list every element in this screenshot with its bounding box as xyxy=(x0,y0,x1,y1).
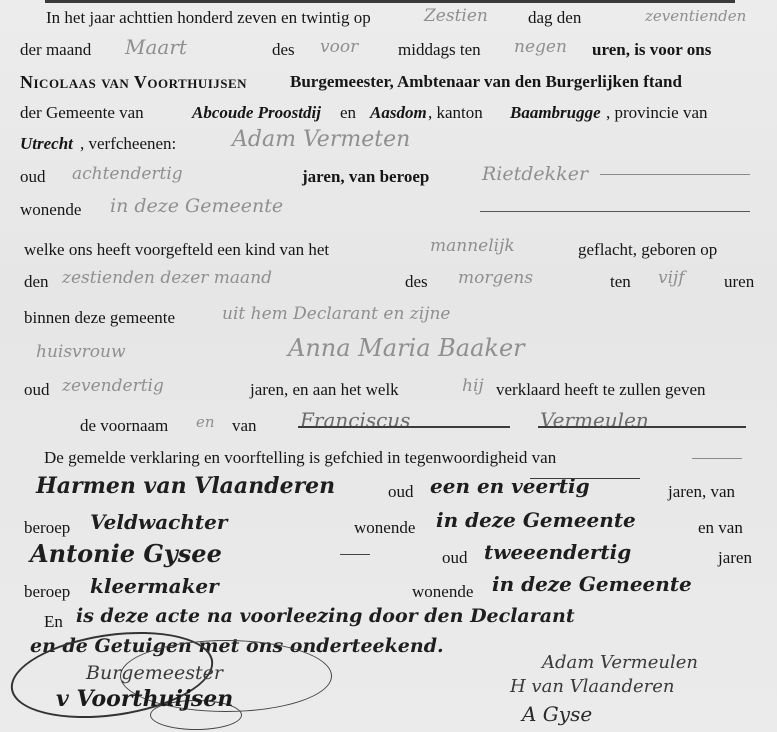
handwritten-witness2-residence: in deze Gemeente xyxy=(492,570,692,598)
printed-text: In het jaar achttien honderd zeven en tw… xyxy=(46,4,371,32)
handwritten-child-firstname: Franciscus xyxy=(300,406,410,434)
place-aasdom: Aasdom xyxy=(370,99,427,127)
printed-text: en xyxy=(340,99,356,127)
printed-text: van xyxy=(232,412,257,440)
printed-text: Burgemeester, Ambtenaar van den Burgerli… xyxy=(290,68,682,96)
handwritten-pronoun: hij xyxy=(462,372,484,400)
handwritten-declarant-residence: in deze Gemeente xyxy=(110,192,283,220)
handwritten-birth-date: zestienden dezer maand xyxy=(62,264,272,292)
printed-text: jaren, en aan het welk xyxy=(250,376,399,404)
handwritten-witness1-occupation: Veldwachter xyxy=(90,508,227,536)
printed-text: wonende xyxy=(354,514,415,542)
fill-line xyxy=(600,174,750,175)
top-border-rule xyxy=(45,0,735,3)
birth-record-page: In het jaar achttien honderd zeven en tw… xyxy=(0,0,777,732)
underline-surname xyxy=(538,426,746,428)
printed-text: uren, is voor ons xyxy=(592,36,711,64)
handwritten-month: Maart xyxy=(125,33,187,61)
signature-declarant: Adam Vermeulen xyxy=(542,652,698,673)
printed-text: , kanton xyxy=(428,99,483,127)
printed-text: oud xyxy=(24,376,50,404)
printed-text: beroep xyxy=(24,514,70,542)
printed-text: welke ons heeft voorgefteld een kind van… xyxy=(24,236,329,264)
handwritten-witness2-occupation: kleermaker xyxy=(90,572,219,600)
place-abcoude: Abcoude Proostdij xyxy=(192,99,321,127)
printed-text: der maand xyxy=(20,36,91,64)
handwritten-hour: negen xyxy=(514,33,567,61)
handwritten-day-ordinal: zeventienden xyxy=(645,2,746,30)
printed-text: middags ten xyxy=(398,36,481,64)
signature-witness2: A Gyse xyxy=(522,702,592,726)
printed-text: geflacht, geboren op xyxy=(578,236,717,264)
handwritten-birth-hour: vijf xyxy=(658,264,685,292)
printed-text: en van xyxy=(698,514,743,542)
handwritten-birth-place: uit hem Declarant en zijne xyxy=(222,300,450,328)
printed-text: den xyxy=(24,268,49,296)
fill-line xyxy=(530,478,640,479)
printed-text: dag den xyxy=(528,4,581,32)
printed-text: , provincie van xyxy=(606,99,708,127)
printed-text: ten xyxy=(610,268,631,296)
handwritten-mother-age: zevendertig xyxy=(62,372,164,400)
printed-text: des xyxy=(272,36,295,64)
printed-text: des xyxy=(405,268,428,296)
handwritten-witness1-age: een en veertig xyxy=(430,472,590,500)
printed-text: binnen deze gemeente xyxy=(24,304,175,332)
printed-text: oud xyxy=(388,478,414,506)
handwritten-mother-name: Anna Maria Baaker xyxy=(288,334,525,362)
handwritten-witness2-age: tweeendertig xyxy=(484,538,631,566)
handwritten-child-surname: Vermeulen xyxy=(540,406,649,434)
printed-text: beroep xyxy=(24,578,70,606)
handwritten-day: Zestien xyxy=(424,2,488,30)
handwritten-declarant-name: Adam Vermeten xyxy=(232,126,410,154)
fill-line xyxy=(480,211,750,212)
mayor-name-printed: Nicolaas van Voorthuijsen xyxy=(20,68,247,96)
handwritten-voornaam-en: en xyxy=(196,408,215,436)
place-utrecht: Utrecht xyxy=(20,130,73,158)
printed-text: oud xyxy=(20,163,46,191)
handwritten-witness2-name: Antonie Gysee xyxy=(30,540,222,568)
handwritten-part-of-day: voor xyxy=(320,33,358,61)
printed-text: jaren xyxy=(718,544,752,572)
printed-text: uren xyxy=(724,268,754,296)
printed-text: De gemelde verklaring en voorftelling is… xyxy=(44,444,556,472)
handwritten-closing-1: is deze acte na voorleezing door den Dec… xyxy=(76,602,575,630)
handwritten-declarant-age: achtendertig xyxy=(72,160,183,188)
printed-text: jaren, van xyxy=(668,478,735,506)
fill-line xyxy=(692,458,742,459)
place-baambrugge: Baambrugge xyxy=(510,99,601,127)
fill-line xyxy=(340,554,370,555)
handwritten-witness1-residence: in deze Gemeente xyxy=(436,506,636,534)
printed-text: oud xyxy=(442,544,468,572)
mayor-title-signature: Burgemeester xyxy=(86,662,223,684)
printed-text: wonende xyxy=(20,196,81,224)
underline-firstname xyxy=(298,426,510,428)
printed-text: verklaard heeft te zullen geven xyxy=(496,376,706,404)
mayor-signature: v Voorthuijsen xyxy=(56,686,233,712)
handwritten-declarant-occupation: Rietdekker xyxy=(482,160,588,188)
handwritten-child-sex: mannelijk xyxy=(430,232,515,260)
printed-text: de voornaam xyxy=(80,412,168,440)
handwritten-witness1-name: Harmen van Vlaanderen xyxy=(36,472,335,500)
printed-text: der Gemeente van xyxy=(20,99,144,127)
handwritten-birth-time-part: morgens xyxy=(458,264,533,292)
handwritten-mother-intro: huisvrouw xyxy=(36,338,126,366)
printed-text: jaren, van beroep xyxy=(302,163,429,191)
signature-witness1: H van Vlaanderen xyxy=(510,676,674,697)
printed-text: , verfcheenen: xyxy=(80,130,176,158)
